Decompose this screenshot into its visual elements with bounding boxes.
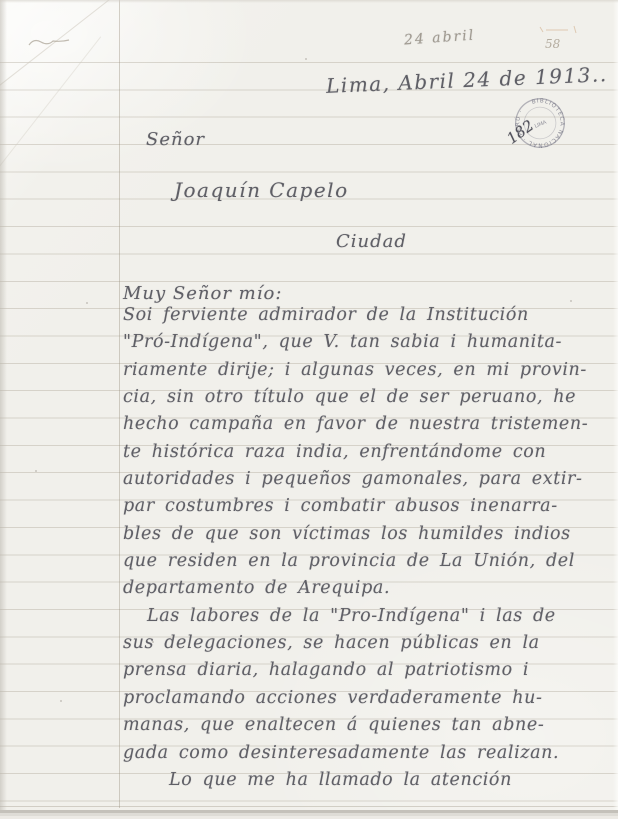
- corner-archive-number: 58: [545, 37, 560, 51]
- letter-body: Soi ferviente admirador de la Institució…: [123, 302, 593, 794]
- letter-scan-page: 24 abril 58 Lima, Abril 24 de 1913.. BIB…: [0, 0, 618, 819]
- letter-body-line: que residen en la provincia de La Unión,…: [123, 548, 593, 575]
- pencil-squiggle-mark: [27, 34, 71, 53]
- letter-body-line: Las labores de la "Pro-Indígena" i las d…: [123, 603, 593, 630]
- faint-corner-strokes: [536, 24, 588, 36]
- letter-body-line: Lo que me ha llamado la atención: [123, 767, 593, 794]
- letter-body-line: proclamando acciones verdaderamente hu-: [123, 685, 593, 712]
- letter-body-line: hecho campaña en favor de nuestra triste…: [123, 411, 593, 438]
- letter-body-line: sus delegaciones, se hacen públicas en l…: [123, 630, 593, 657]
- letter-body-line: "Pró-Indígena", que V. tan sabia i human…: [123, 329, 593, 356]
- letter-body-line: prensa diaria, halagando al patriotismo …: [123, 657, 593, 684]
- letter-greeting: Muy Señor mío:: [123, 283, 282, 304]
- letter-body-line: departamento de Arequipa.: [123, 575, 593, 602]
- letter-body-line: riamente dirije; i algunas veces, en mi …: [123, 357, 593, 384]
- letter-recipient-name: Joaquín Capelo: [174, 178, 349, 202]
- page-edge-left: [0, 0, 7, 819]
- pencil-date-note: 24 abril: [404, 28, 476, 49]
- letter-body-line: bles de que son víctimas los humildes in…: [123, 521, 593, 548]
- letter-body-line: cia, sin otro título que el de ser perua…: [123, 384, 593, 411]
- letter-body-line: par costumbres i combatir abusos inenarr…: [123, 493, 593, 520]
- letter-recipient-city: Ciudad: [336, 231, 407, 252]
- page-edge-bottom: [0, 810, 618, 819]
- bottom-rule-line: [0, 806, 618, 807]
- letter-salutation: Señor: [146, 129, 205, 150]
- margin-fold-line: [119, 0, 120, 808]
- corner-archive-mark: 58: [536, 24, 596, 39]
- letter-body-line: manas, que enaltecen á quienes tan abne-: [123, 712, 593, 739]
- page-edge-right: [613, 0, 618, 819]
- letter-body-line: Soi ferviente admirador de la Institució…: [123, 302, 593, 329]
- letter-body-line: te histórica raza india, enfrentándome c…: [123, 439, 593, 466]
- letter-body-line: autoridades i pequeños gamonales, para e…: [123, 466, 593, 493]
- letter-body-line: gada como desinteresadamente las realiza…: [123, 740, 593, 767]
- page-edge-top: [0, 0, 618, 3]
